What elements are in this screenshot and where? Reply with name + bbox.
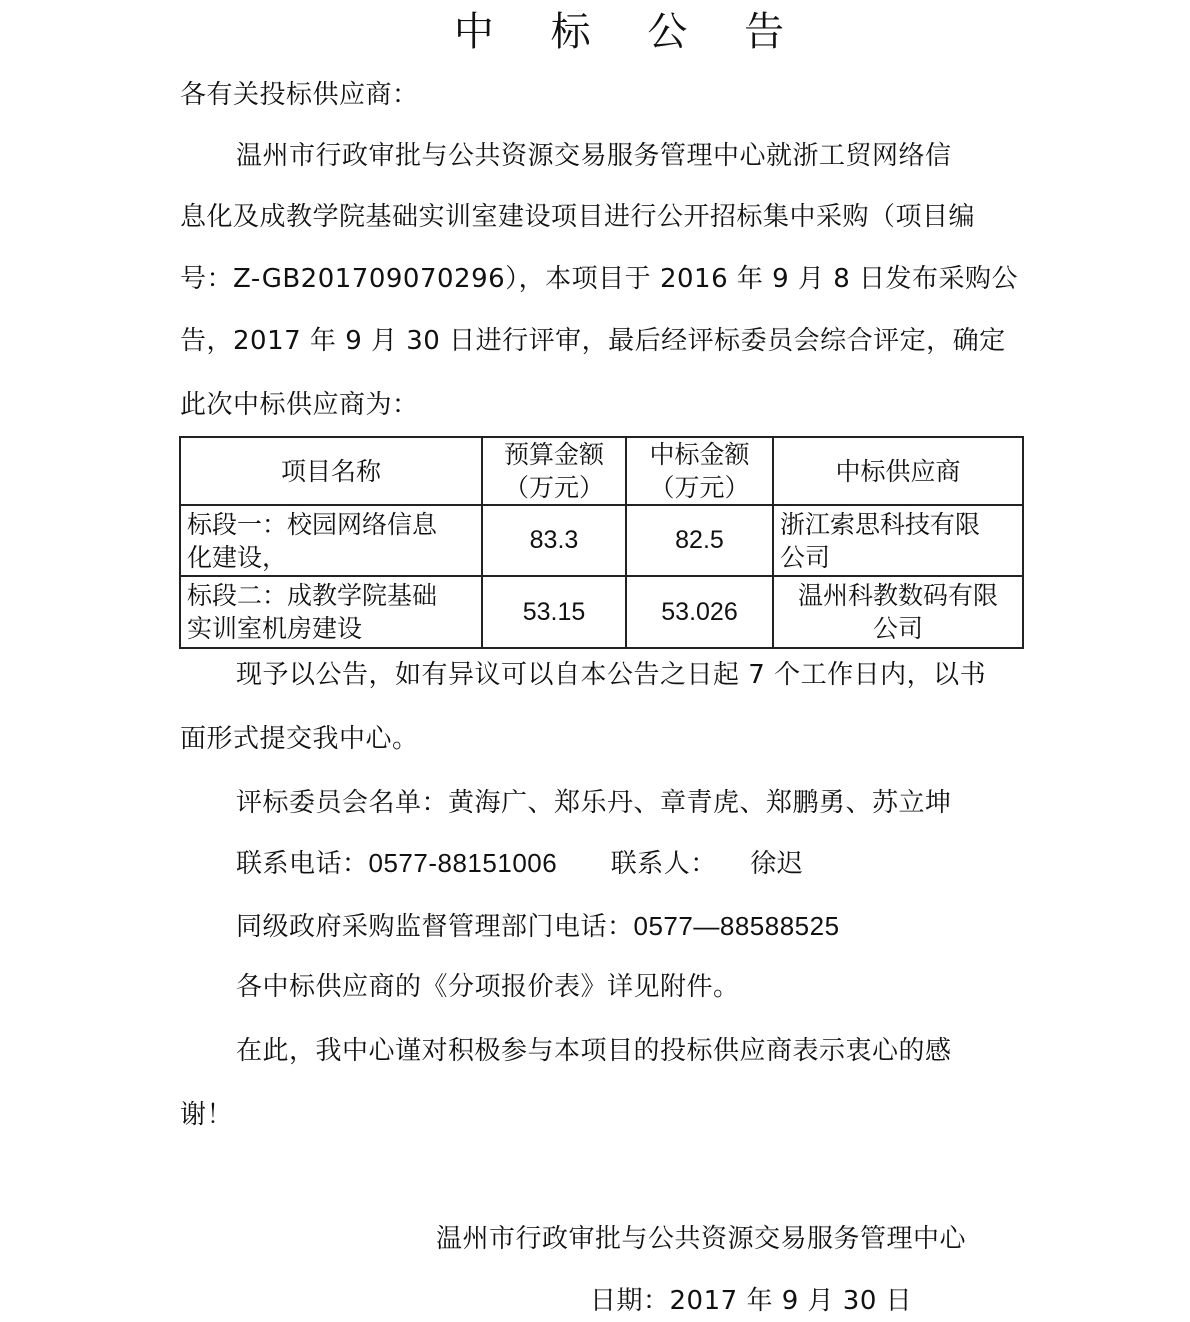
supplier-line1: 浙江索思科技有限 xyxy=(780,508,1016,541)
project-name-line1: 标段一：校园网络信息 xyxy=(187,508,475,541)
thanks-line-2: 谢！ xyxy=(180,1098,233,1132)
supplier-line2: 公司 xyxy=(780,541,1016,574)
table-row: 标段二：成教学院基础 实训室机房建设 53.15 53.026 温州科教数码有限… xyxy=(180,576,1023,648)
contact-person-label: 联系人： xyxy=(611,849,717,879)
table-row: 标段一：校园网络信息 化建设， 83.3 82.5 浙江索思科技有限 公司 xyxy=(180,505,1023,576)
header-project-name: 项目名称 xyxy=(180,437,482,505)
intro-line-3: 号：Z-GB201709070296），本项目于 2016 年 9 月 8 日发… xyxy=(180,262,1018,296)
table-header-row: 项目名称 预算金额 （万元） 中标金额 （万元） 中标供应商 xyxy=(180,437,1023,505)
cell-project-name: 标段一：校园网络信息 化建设， xyxy=(180,505,482,576)
salutation: 各有关投标供应商： xyxy=(180,78,419,112)
header-budget-unit: （万元） xyxy=(489,471,619,504)
cell-budget: 53.15 xyxy=(482,576,626,648)
committee-list: 评标委员会名单：黄海广、郑乐丹、章青虎、郑鹏勇、苏立坤 xyxy=(236,786,952,820)
project-name-line2: 化建设， xyxy=(187,541,475,574)
intro-line-5: 此次中标供应商为： xyxy=(180,388,419,422)
supervisor-line: 同级政府采购监督管理部门电话：0577—88588525 xyxy=(236,909,840,944)
intro-line-4: 告，2017 年 9 月 30 日进行评审，最后经评标委员会综合评定，确定 xyxy=(180,324,1006,358)
cell-supplier: 浙江索思科技有限 公司 xyxy=(773,505,1023,576)
signature-date-line: 日期：2017 年 9 月 30 日 xyxy=(590,1284,912,1318)
cell-award: 53.026 xyxy=(626,576,773,648)
signature-date: 2017 年 9 月 30 日 xyxy=(670,1286,913,1316)
supplier-line1: 温州科教数码有限 xyxy=(780,579,1016,612)
contact-phone: 0577-88151006 xyxy=(369,848,558,878)
header-budget: 预算金额 （万元） xyxy=(482,437,626,505)
supervisor-phone-label: 同级政府采购监督管理部门电话： xyxy=(236,912,634,942)
signature-organization: 温州市行政审批与公共资源交易服务管理中心 xyxy=(436,1222,966,1256)
objection-line-1: 现予以公告，如有异议可以自本公告之日起 7 个工作日内，以书 xyxy=(236,658,986,692)
project-name-line2: 实训室机房建设 xyxy=(187,612,475,645)
signature-date-label: 日期： xyxy=(590,1286,670,1316)
attachment-note: 各中标供应商的《分项报价表》详见附件。 xyxy=(236,970,740,1004)
header-budget-line1: 预算金额 xyxy=(489,438,619,471)
contact-line: 联系电话：0577-88151006 联系人： 徐迟 xyxy=(236,846,803,881)
project-name-line1: 标段二：成教学院基础 xyxy=(187,579,475,612)
intro-line-1: 温州市行政审批与公共资源交易服务管理中心就浙工贸网络信 xyxy=(236,139,952,173)
cell-budget: 83.3 xyxy=(482,505,626,576)
thanks-line-1: 在此，我中心谨对积极参与本项目的投标供应商表示衷心的感 xyxy=(236,1034,952,1068)
header-award-unit: （万元） xyxy=(633,471,766,504)
page-title: 中 标 公 告 xyxy=(0,4,1190,60)
header-award: 中标金额 （万元） xyxy=(626,437,773,505)
award-table: 项目名称 预算金额 （万元） 中标金额 （万元） 中标供应商 标段一：校园网络信… xyxy=(179,436,1024,649)
supervisor-phone: 0577—88588525 xyxy=(634,911,840,941)
cell-supplier: 温州科教数码有限 公司 xyxy=(773,576,1023,648)
cell-award: 82.5 xyxy=(626,505,773,576)
objection-line-2: 面形式提交我中心。 xyxy=(180,722,419,756)
supplier-line2: 公司 xyxy=(780,612,1016,645)
cell-project-name: 标段二：成教学院基础 实训室机房建设 xyxy=(180,576,482,648)
intro-line-2: 息化及成教学院基础实训室建设项目进行公开招标集中采购（项目编 xyxy=(180,200,975,234)
header-award-line1: 中标金额 xyxy=(633,438,766,471)
contact-person: 徐迟 xyxy=(750,849,803,879)
contact-phone-label: 联系电话： xyxy=(236,849,369,879)
header-supplier: 中标供应商 xyxy=(773,437,1023,505)
